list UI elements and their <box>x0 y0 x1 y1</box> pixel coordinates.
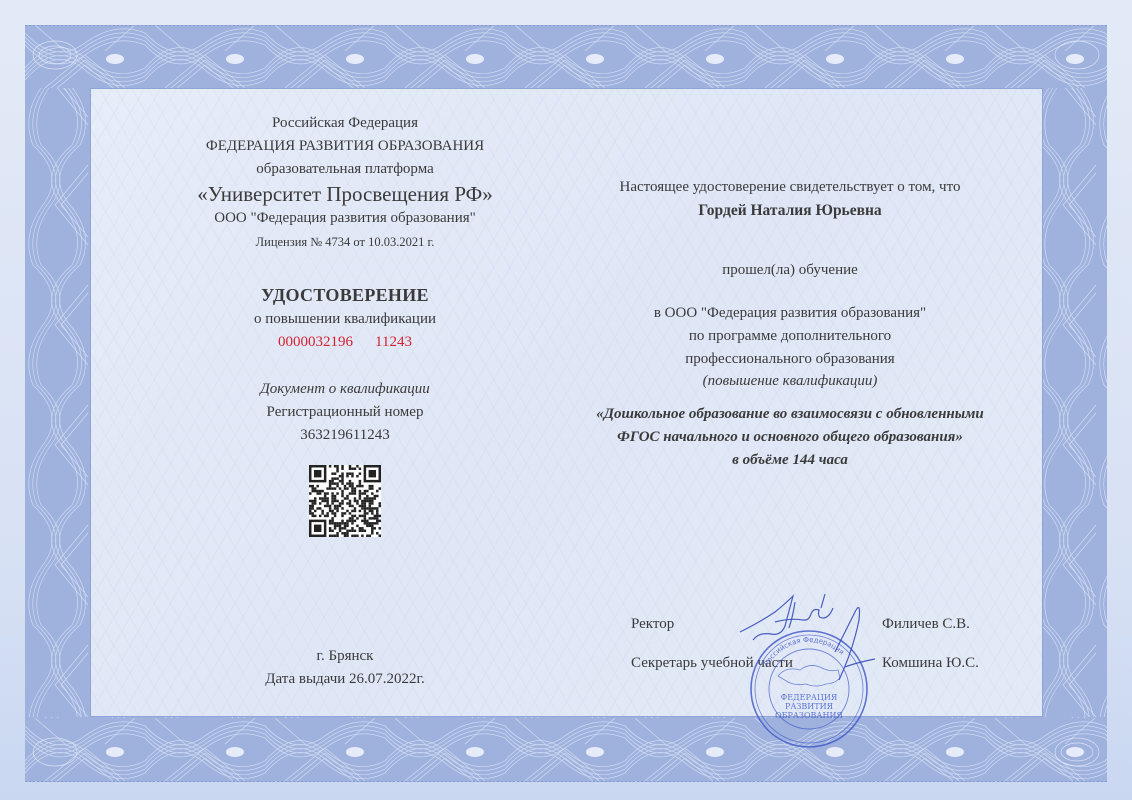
course-hours: в объёме 144 часа <box>560 449 1020 472</box>
certificate-title: УДОСТОВЕРЕНИЕ <box>190 282 500 308</box>
certificate-series: 0000032196 <box>278 334 353 350</box>
issuer-block: Российская Федерация ФЕДЕРАЦИЯ РАЗВИТИЯ … <box>190 112 500 447</box>
federation-text: ФЕДЕРАЦИЯ РАЗВИТИЯ ОБРАЗОВАНИЯ <box>190 135 500 158</box>
organization-text: ООО "Федерация развития образования" <box>190 207 500 230</box>
registration-label: Регистрационный номер <box>190 401 500 424</box>
microtext-line <box>25 781 1107 782</box>
qr-code-icon[interactable] <box>309 465 381 537</box>
registration-number: 363219611243 <box>190 424 500 447</box>
signature-name-secretary: Комшина Ю.С. <box>882 653 979 673</box>
body-block: Настоящее удостоверение свидетельствует … <box>560 176 1020 472</box>
certificate-num: 11243 <box>375 334 412 350</box>
country-text: Российская Федерация <box>190 112 500 135</box>
stamp-line-3: ОБРАЗОВАНИЯ <box>775 711 843 720</box>
course-line-1: «Дошкольное образование во взаимосвязи с… <box>560 403 1020 426</box>
issue-city: г. Брянск <box>240 645 450 668</box>
signature-name-rector: Филичев С.В. <box>882 614 970 634</box>
license-text: Лицензия № 4734 от 10.03.2021 г. <box>190 232 500 252</box>
microtext-line <box>25 25 1107 26</box>
program-line-2: профессионального образования <box>560 348 1020 371</box>
signature-rector-icon <box>735 592 885 697</box>
qr-code-graphic <box>309 465 381 537</box>
course-line-2: ФГОС начального и основного общего образ… <box>560 426 1020 449</box>
document-type: Документ о квалификации <box>190 378 500 401</box>
organization-line: в ООО "Федерация развития образования" <box>560 302 1020 325</box>
program-line-1: по программе дополнительного <box>560 325 1020 348</box>
platform-name: «Университет Просвещения РФ» <box>190 181 500 207</box>
certificate-subtitle: о повышении квалификации <box>190 308 500 331</box>
issue-date: Дата выдачи 26.07.2022г. <box>240 668 450 691</box>
issue-block: г. Брянск Дата выдачи 26.07.2022г. <box>240 645 450 691</box>
platform-label: образовательная платформа <box>190 158 500 181</box>
completed-text: прошел(ла) обучение <box>560 259 1020 282</box>
certificate-number: 000003219611243 <box>190 331 500 354</box>
stamp-line-2: РАЗВИТИЯ <box>785 702 834 711</box>
program-type: (повышение квалификации) <box>560 371 1020 391</box>
recipient-name: Гордей Наталия Юрьевна <box>560 199 1020 222</box>
intro-text: Настоящее удостоверение свидетельствует … <box>560 176 1020 199</box>
signature-role-rector: Ректор <box>631 614 674 634</box>
